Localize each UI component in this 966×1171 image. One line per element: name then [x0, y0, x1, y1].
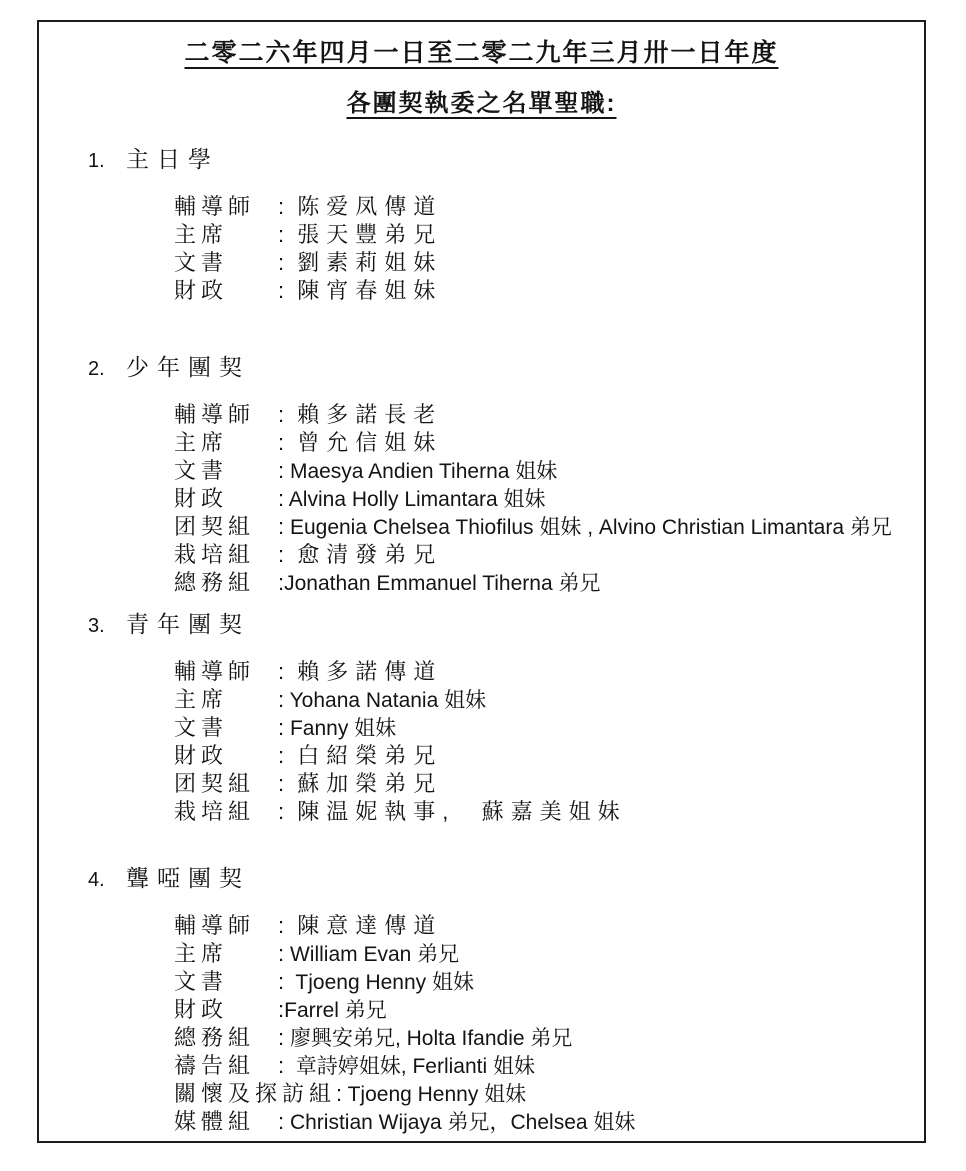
- member-names: 章詩婷姐妹, Ferlianti 姐妹: [284, 1055, 535, 1078]
- member-names: Tjoeng Henny 姐妹: [342, 1083, 526, 1106]
- role-label: 輔導師: [174, 912, 278, 939]
- role-label: 文書: [174, 968, 278, 995]
- committee-row: 文書: Tjoeng Henny 姐妹: [174, 968, 924, 996]
- role-label: 主席: [174, 429, 278, 456]
- role-label: 財政: [174, 996, 278, 1023]
- section-number: 3.: [88, 612, 126, 640]
- role-label: 輔導師: [174, 658, 278, 685]
- member-names: Yohana Natania 姐妹: [284, 689, 486, 712]
- role-label: 關懷及探訪組: [174, 1080, 336, 1107]
- committee-row: 財政: 白紹榮弟兄: [174, 742, 924, 770]
- committee-row: 主席: 張天豐弟兄: [174, 221, 924, 249]
- member-names: 陳温妮執事, 蘇嘉美姐妹: [284, 799, 626, 824]
- sections-container: 1.主日學 輔導師: 陈爱凤傳道 主席: 張天豐弟兄 文書: 劉素莉姐妹 財政:…: [39, 145, 924, 1136]
- member-names: 張天豐弟兄: [284, 222, 442, 247]
- fellowship-section: 2.少年團契 輔導師: 賴多諾長老 主席: 曾允信姐妹 文書: Maesya A…: [88, 353, 924, 597]
- committee-row: 財政:Farrel 弟兄: [174, 996, 924, 1024]
- committee-row: 總務組:Jonathan Emmanuel Tiherna 弟兄: [174, 569, 924, 597]
- fellowship-section: 4.聾啞團契 輔導師: 陳意達傳道 主席: William Evan 弟兄 文書…: [88, 864, 924, 1136]
- member-names: 陳宵春姐妹: [284, 278, 442, 303]
- committee-row: 团契組: Eugenia Chelsea Thiofilus 姐妹 , Alvi…: [174, 513, 924, 541]
- committee-row: 文書: Maesya Andien Tiherna 姐妹: [174, 457, 924, 485]
- member-names: Christian Wijaya 弟兄，Chelsea 姐妹: [284, 1111, 635, 1134]
- member-names: Alvina Holly Limantara 姐妹: [284, 488, 545, 511]
- member-names: William Evan 弟兄: [284, 943, 459, 966]
- role-label: 禱告組: [174, 1052, 278, 1079]
- role-label: 栽培組: [174, 798, 278, 825]
- section-header: 1.主日學: [88, 145, 924, 175]
- member-names: Tjoeng Henny 姐妹: [284, 971, 474, 994]
- committee-row: 文書: Fanny 姐妹: [174, 714, 924, 742]
- member-names: Maesya Andien Tiherna 姐妹: [284, 460, 557, 483]
- committee-list: 輔導師: 賴多諾長老 主席: 曾允信姐妹 文書: Maesya Andien T…: [174, 401, 924, 597]
- member-names: 愈清發弟兄: [284, 542, 442, 567]
- member-names: Jonathan Emmanuel Tiherna 弟兄: [284, 572, 600, 595]
- member-names: Farrel 弟兄: [284, 999, 387, 1022]
- document-title-line2: 各團契執委之名單聖職:: [39, 83, 924, 118]
- section-title: 主日學: [126, 146, 219, 172]
- page-border: 二零二六年四月一日至二零二九年三月卅一日年度 各團契執委之名單聖職: 1.主日學…: [37, 20, 926, 1143]
- role-label: 財政: [174, 742, 278, 769]
- role-label: 媒體組: [174, 1108, 278, 1135]
- committee-row: 輔導師: 陈爱凤傳道: [174, 193, 924, 221]
- member-names: 廖興安弟兄, Holta Ifandie 弟兄: [284, 1027, 572, 1050]
- section-header: 4.聾啞團契: [88, 864, 924, 894]
- role-label: 輔導師: [174, 193, 278, 220]
- role-label: 財政: [174, 277, 278, 304]
- role-label: 团契組: [174, 770, 278, 797]
- role-label: 栽培組: [174, 541, 278, 568]
- section-number: 4.: [88, 866, 126, 894]
- member-names: 賴多諾傳道: [284, 659, 442, 684]
- fellowship-section: 1.主日學 輔導師: 陈爱凤傳道 主席: 張天豐弟兄 文書: 劉素莉姐妹 財政:…: [88, 145, 924, 305]
- committee-row: 總務組: 廖興安弟兄, Holta Ifandie 弟兄: [174, 1024, 924, 1052]
- member-names: 陈爱凤傳道: [284, 194, 442, 219]
- member-names: Eugenia Chelsea Thiofilus 姐妹 , Alvino Ch…: [284, 516, 892, 539]
- document-canvas: 二零二六年四月一日至二零二九年三月卅一日年度 各團契執委之名單聖職: 1.主日學…: [0, 0, 966, 1171]
- member-names: Fanny 姐妹: [284, 717, 396, 740]
- committee-row: 輔導師: 陳意達傳道: [174, 912, 924, 940]
- role-label: 文書: [174, 714, 278, 741]
- section-title: 青年團契: [126, 611, 250, 637]
- member-names: 白紹榮弟兄: [284, 743, 442, 768]
- committee-row: 禱告組: 章詩婷姐妹, Ferlianti 姐妹: [174, 1052, 924, 1080]
- role-label: 文書: [174, 249, 278, 276]
- committee-row: 团契組: 蘇加榮弟兄: [174, 770, 924, 798]
- committee-row: 主席: Yohana Natania 姐妹: [174, 686, 924, 714]
- section-header: 2.少年團契: [88, 353, 924, 383]
- section-title: 少年團契: [126, 354, 250, 380]
- committee-list: 輔導師: 賴多諾傳道 主席: Yohana Natania 姐妹 文書: Fan…: [174, 658, 924, 826]
- role-label: 文書: [174, 457, 278, 484]
- role-label: 總務組: [174, 569, 278, 596]
- committee-list: 輔導師: 陈爱凤傳道 主席: 張天豐弟兄 文書: 劉素莉姐妹 財政: 陳宵春姐妹: [174, 193, 924, 305]
- committee-row: 主席: William Evan 弟兄: [174, 940, 924, 968]
- member-names: 賴多諾長老: [284, 402, 442, 427]
- section-number: 2.: [88, 355, 126, 383]
- role-label: 總務組: [174, 1024, 278, 1051]
- committee-row: 主席: 曾允信姐妹: [174, 429, 924, 457]
- committee-row: 栽培組: 愈清發弟兄: [174, 541, 924, 569]
- member-names: 曾允信姐妹: [284, 430, 442, 455]
- committee-row: 財政: 陳宵春姐妹: [174, 277, 924, 305]
- member-names: 蘇加榮弟兄: [284, 771, 442, 796]
- section-header: 3.青年團契: [88, 610, 924, 640]
- section-number: 1.: [88, 147, 126, 175]
- committee-row: 關懷及探訪組: Tjoeng Henny 姐妹: [174, 1080, 924, 1108]
- role-label: 主席: [174, 221, 278, 248]
- committee-row: 文書: 劉素莉姐妹: [174, 249, 924, 277]
- role-label: 輔導師: [174, 401, 278, 428]
- role-label: 主席: [174, 686, 278, 713]
- committee-row: 媒體組: Christian Wijaya 弟兄，Chelsea 姐妹: [174, 1108, 924, 1136]
- member-names: 陳意達傳道: [284, 913, 442, 938]
- committee-row: 輔導師: 賴多諾長老: [174, 401, 924, 429]
- committee-row: 栽培組: 陳温妮執事, 蘇嘉美姐妹: [174, 798, 924, 826]
- document-title-line1: 二零二六年四月一日至二零二九年三月卅一日年度: [39, 33, 924, 69]
- section-title: 聾啞團契: [126, 865, 250, 891]
- role-label: 財政: [174, 485, 278, 512]
- committee-row: 財政: Alvina Holly Limantara 姐妹: [174, 485, 924, 513]
- committee-row: 輔導師: 賴多諾傳道: [174, 658, 924, 686]
- fellowship-section: 3.青年團契 輔導師: 賴多諾傳道 主席: Yohana Natania 姐妹 …: [88, 610, 924, 826]
- role-label: 团契組: [174, 513, 278, 540]
- committee-list: 輔導師: 陳意達傳道 主席: William Evan 弟兄 文書: Tjoen…: [174, 912, 924, 1136]
- member-names: 劉素莉姐妹: [284, 250, 442, 275]
- role-label: 主席: [174, 940, 278, 967]
